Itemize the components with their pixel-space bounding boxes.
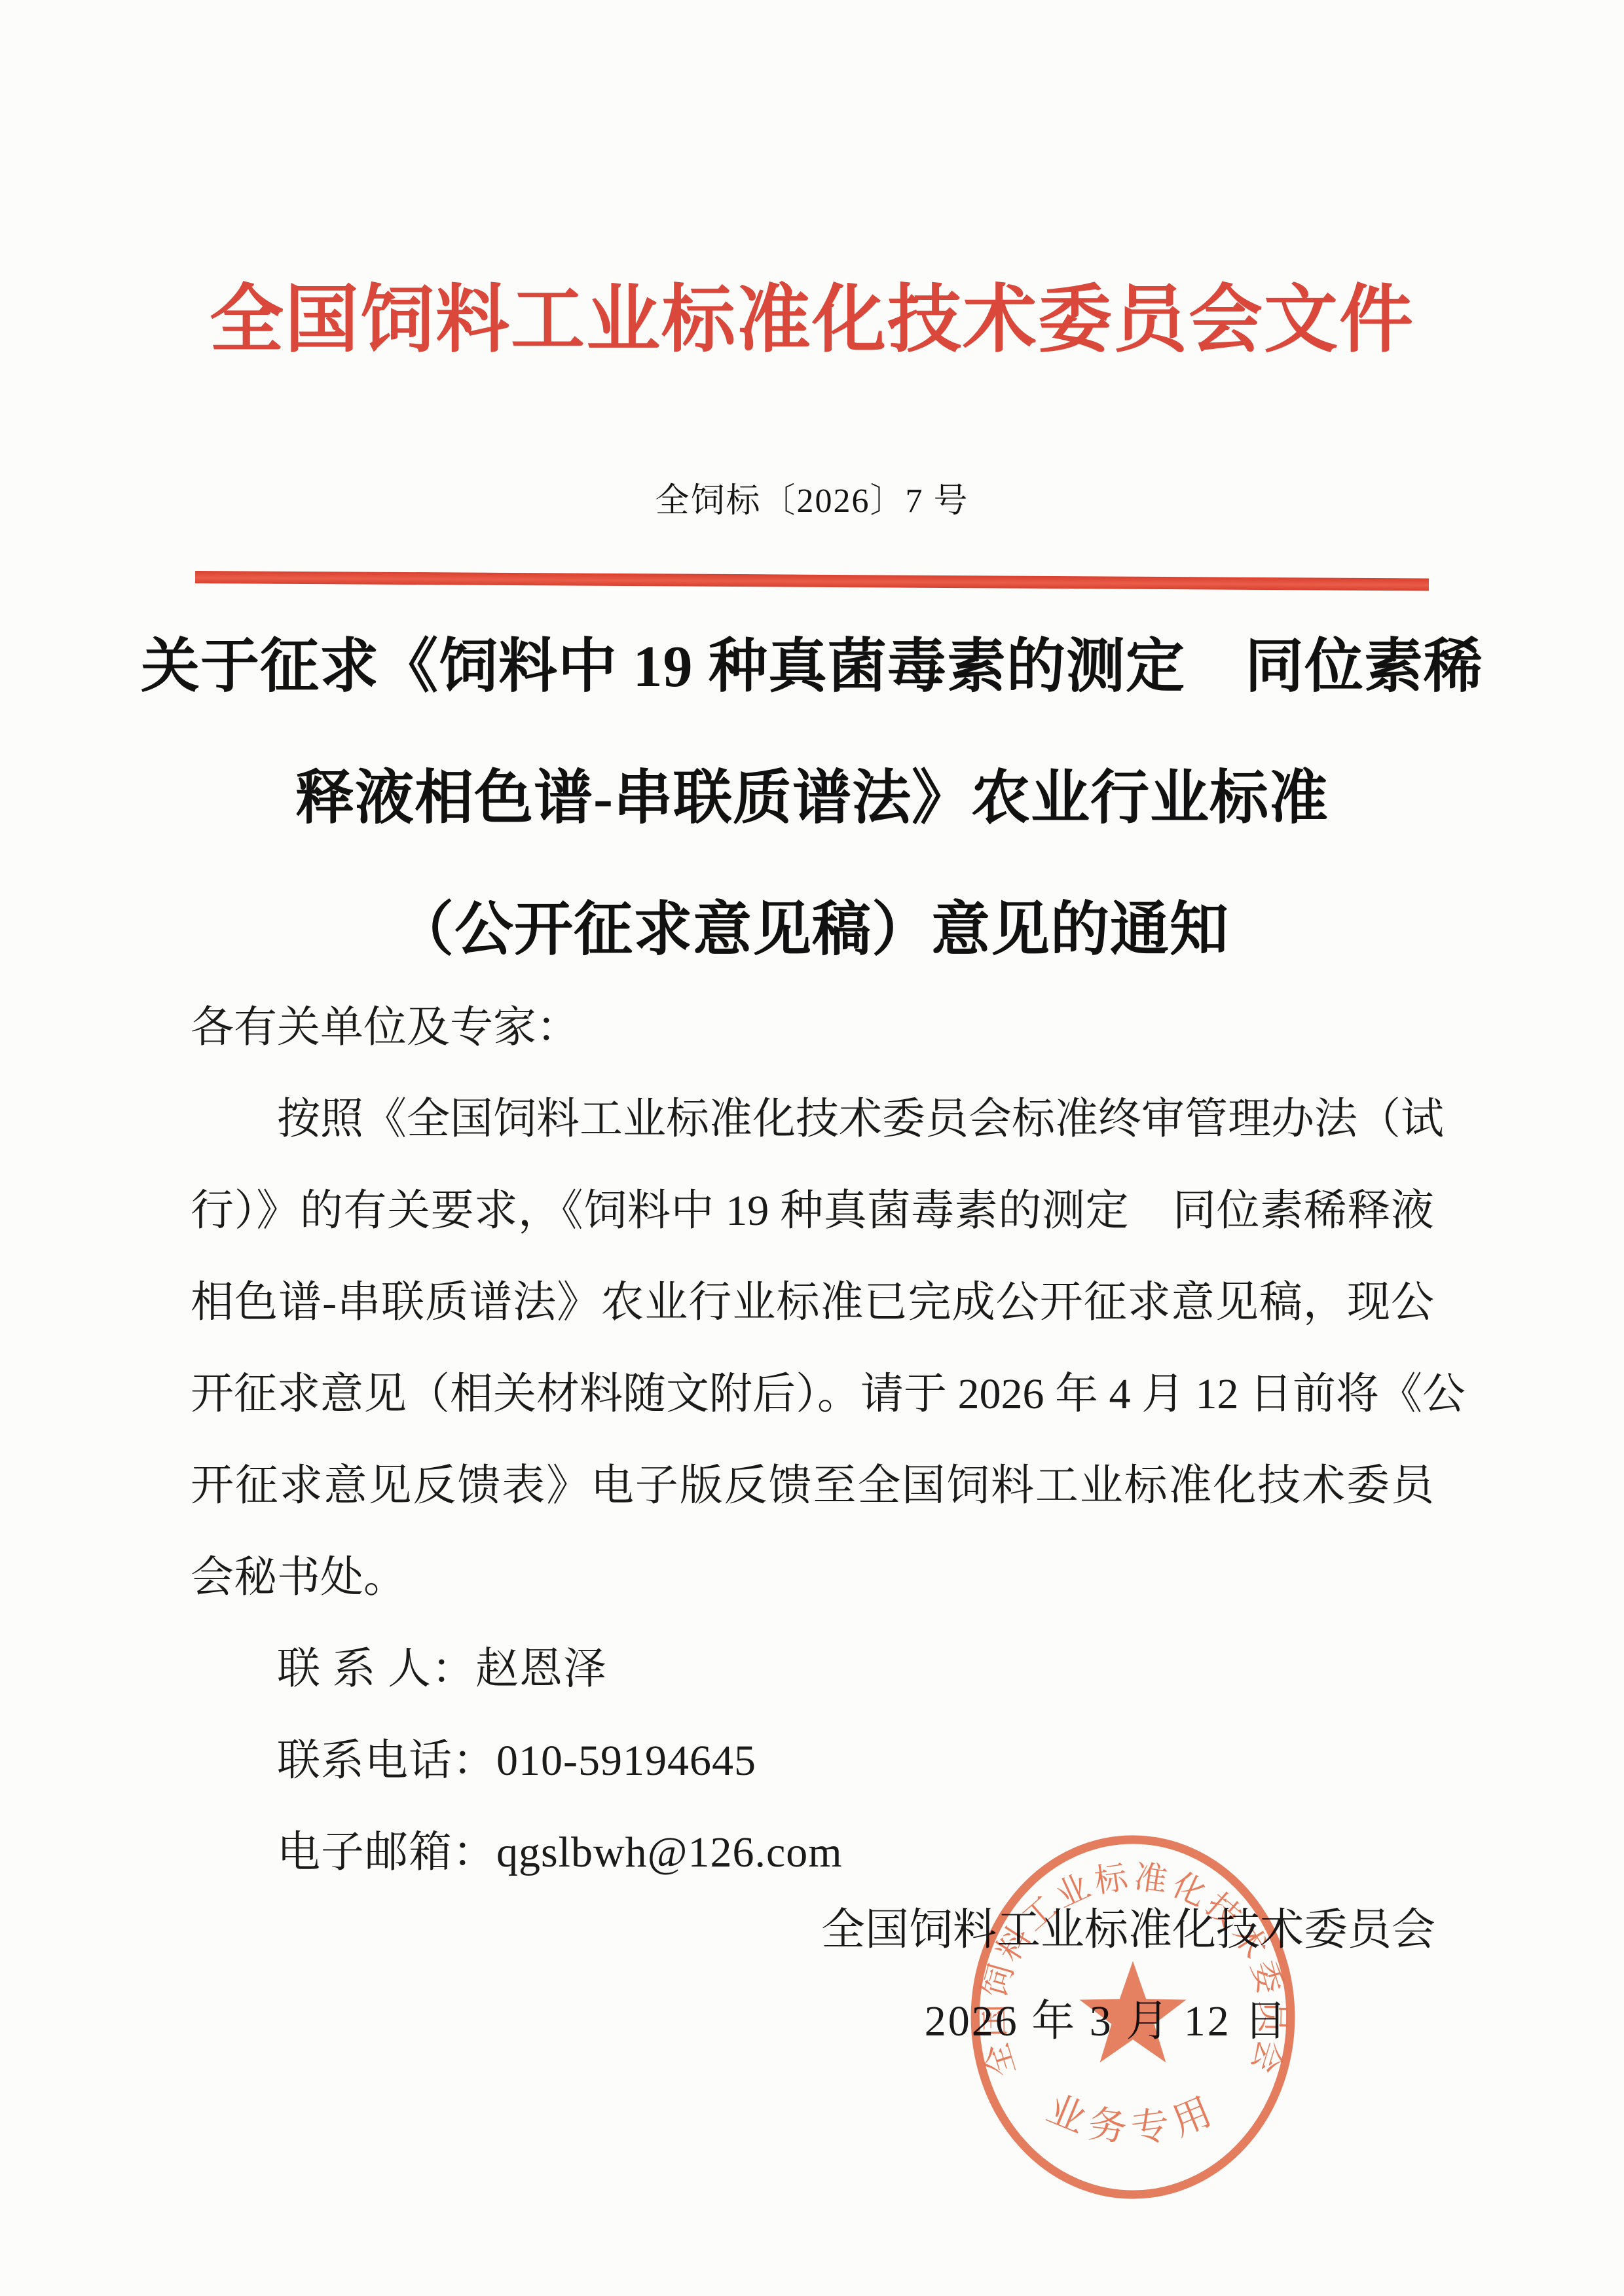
document-number: 全饲标〔2026〕7 号 [0,473,1624,522]
salutation: 各有关单位及专家： [191,982,1434,1074]
contact-person-line: 联 系 人：赵恩泽 [191,1624,1434,1715]
body-text: 各有关单位及专家： 按照《全国饲料工业标准化技术委员会标准终审管理办法（试 行）… [191,982,1434,1899]
paragraph-line: 按照《全国饲料工业标准化技术委员会标准终审管理办法（试 [191,1074,1434,1165]
document-page: 全国饲料工业标准化技术委员会文件 全饲标〔2026〕7 号 关于征求《饲料中 1… [0,0,1624,2296]
notice-title-line-2: 释液相色谱-串联质谱法》农业行业标准 [92,733,1532,864]
red-letterhead-title: 全国饲料工业标准化技术委员会文件 [0,261,1624,367]
paragraph-line: 相色谱-串联质谱法》农业行业标准已完成公开征求意见稿，现公 [191,1257,1434,1349]
paragraph-line: 行）》的有关要求，《饲料中 19 种真菌毒素的测定 同位素稀释液 [191,1165,1434,1257]
official-seal: 全国饲料工业标准化技术委员会 业务专用 [961,1828,1304,2206]
paragraph-line: 会秘书处。 [191,1532,1434,1624]
seal-bottom-text: 业务专用 [1041,2087,1225,2151]
red-divider-rule [195,571,1429,591]
paragraph-line: 开征求意见（相关材料随文附后）。请于 2026 年 4 月 12 日前将《公 [191,1349,1434,1440]
contact-phone-line: 联系电话：010-59194645 [191,1715,1434,1807]
notice-title: 关于征求《饲料中 19 种真菌毒素的测定 同位素稀 释液相色谱-串联质谱法》农业… [92,601,1532,996]
paragraph-line: 开征求意见反馈表》电子版反馈至全国饲料工业标准化技术委员 [191,1440,1434,1532]
seal-star-icon [1080,1961,1187,2062]
notice-title-line-1: 关于征求《饲料中 19 种真菌毒素的测定 同位素稀 [92,601,1532,733]
notice-title-line-3: （公开征求意见稿）意见的通知 [92,864,1532,996]
